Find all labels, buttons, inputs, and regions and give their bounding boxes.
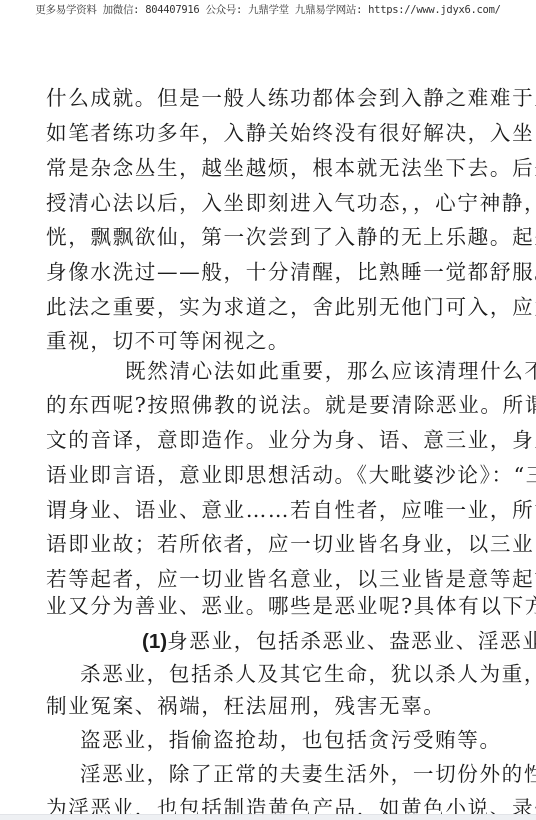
- list-number: (1): [142, 630, 167, 653]
- text-line: 谓身业、语业、意业……若自性者，应唯一业，所谓语业，: [46, 493, 536, 527]
- text-line: 此法之重要，实为求道之，舍此别无他门可入，应为诸同道: [46, 290, 536, 324]
- text-line: 什么成就。但是一般人练功都体会到入静之难难于上青天。: [46, 81, 536, 115]
- text-line: 语即业故；若所依者，应一切业皆名身业，以三业皆依身故；: [46, 527, 536, 561]
- page-bottom-edge: [0, 814, 536, 820]
- text-line: 制业冤案、祸端，枉法屈刑，残害无辜。: [46, 689, 446, 723]
- list-item-heading: (1)身恶业，包括杀恶业、盎恶业、淫恶业。: [142, 624, 536, 658]
- watermark-header: 更多易学资料 加微信: 804407916 公众号: 九鼎学堂 九鼎易学网站: …: [0, 2, 536, 18]
- paragraph-start-line: 既然清心法如此重要，那么应该清理什么不清净: [125, 354, 536, 388]
- text-line: 业又分为善业、恶业。哪些是恶业呢?具体有以下方面：: [46, 589, 536, 623]
- text-line: 恍，飘飘欲仙，第一次尝到了入静的无上乐趣。起坐以后全: [46, 220, 536, 254]
- text-line: 语业即言语，意业即思想活动。《大毗婆沙论》：“三业者，: [46, 458, 536, 492]
- text-line: 的东西呢?按照佛教的说法。就是要清除恶业。所谓业是梵: [46, 388, 536, 422]
- text-line: 身像水洗过——般，十分清醒，比熟睡一觉都舒服。所以，: [46, 255, 536, 289]
- text-line: 授清心法以后，入坐即刻进入气功态，，心宁神静，惚惚恍: [46, 186, 536, 220]
- text-line: 文的音译，意即造作。业分为身、语、意三业，身业即行动。: [46, 423, 536, 457]
- paragraph-start-line: 杀恶业，包括杀人及其它生命，犹以杀人为重，也包括: [80, 657, 536, 691]
- text-line: 如笔者练功多年，入静关始终没有很好解决，入坐以后，经: [46, 116, 536, 150]
- text-line: 常是杂念丛生，越坐越烦，根本就无法坐下去。后来逢高人: [46, 151, 536, 185]
- text-line: 重视，切不可等闲视之。: [46, 324, 290, 358]
- list-item-text: 身恶业，包括杀恶业、盎恶业、淫恶业。: [167, 629, 536, 653]
- paragraph-start-line: 淫恶业，除了正常的夫妻生活外，一切份外的性生活都: [80, 757, 536, 791]
- paragraph-start-line: 盗恶业，指偷盗抢劫，也包括贪污受贿等。: [80, 723, 502, 757]
